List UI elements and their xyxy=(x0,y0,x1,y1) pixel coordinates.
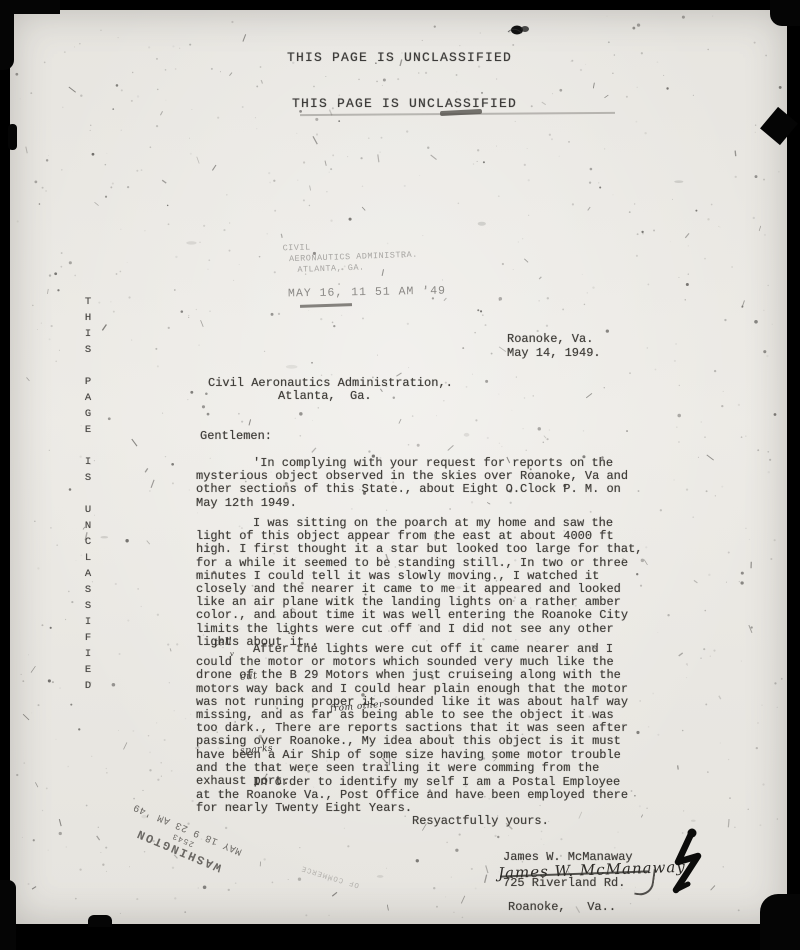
caa-received-stamp: CIVILAERONAUTICS ADMINISTRA.ATLANTA, GA. xyxy=(282,239,418,277)
received-date-stamp: MAY 16, 11 51 AM '49 xyxy=(288,285,446,301)
text-line: other sections of this State., about Eig… xyxy=(196,483,628,496)
text-line: minutes I could tell it was slowly movin… xyxy=(196,570,642,583)
text-line: was not running proper it sounded like i… xyxy=(196,696,628,709)
scan-border xyxy=(770,0,800,26)
scan-border xyxy=(0,0,14,70)
recipient-address: Civil Aeronautics Administration,.Atlant… xyxy=(208,377,453,403)
scan-border xyxy=(8,124,17,150)
text-line: for a while it seemed to be standing sti… xyxy=(196,557,642,570)
closing: Resyactfully yours. xyxy=(412,815,549,828)
salutation: Gentlemen: xyxy=(200,430,272,443)
handwritten-insert-tell: tell xyxy=(214,636,233,649)
text-line: Atlanta, Ga. xyxy=(208,390,453,403)
text-line: motors way back and I could hear plain e… xyxy=(196,683,628,696)
paragraph-3: After the lights were cut off it came ne… xyxy=(196,643,628,788)
city-state: Roanoke, Va.. xyxy=(508,901,616,914)
text-line: May 12th 1949. xyxy=(196,497,628,510)
paragraph-4: In order to identify my self I am a Post… xyxy=(196,776,628,816)
paragraph-1: 'In complying with your request for repo… xyxy=(196,457,628,510)
scan-border xyxy=(760,894,800,950)
text-line: drone of the B 29 Motors when just cruis… xyxy=(196,669,628,682)
classification-banner-second: THIS PAGE IS UNCLASSIFIED xyxy=(292,96,517,111)
scanned-document-page: THIS PAGE IS UNCLASSIFIED THIS PAGE IS U… xyxy=(0,0,800,950)
classification-side-text: THIS PAGE IS UNCLASSIFIED xyxy=(82,296,94,696)
sender-place: Roanoke, Va. xyxy=(507,333,593,346)
scan-border xyxy=(88,915,112,927)
street-address: 725 Riverland Rd. xyxy=(503,877,625,890)
scan-border xyxy=(0,880,16,950)
text-line: color., and about time it was well enter… xyxy=(196,609,642,622)
sender-date: May 14, 1949. xyxy=(507,347,601,360)
insert-caret-icon: v xyxy=(230,650,235,658)
text-line: high. I first thought it a star but look… xyxy=(196,543,642,556)
paragraph-2: I was sitting on the poarch at my home a… xyxy=(196,517,642,649)
text-line: limits the lights were cut off and I did… xyxy=(196,623,642,636)
text-line: and the that were seen trailing it were … xyxy=(196,762,628,775)
handwritten-insert-cut: cut xyxy=(240,670,258,682)
classification-banner-top: THIS PAGE IS UNCLASSIFIED xyxy=(287,50,512,65)
